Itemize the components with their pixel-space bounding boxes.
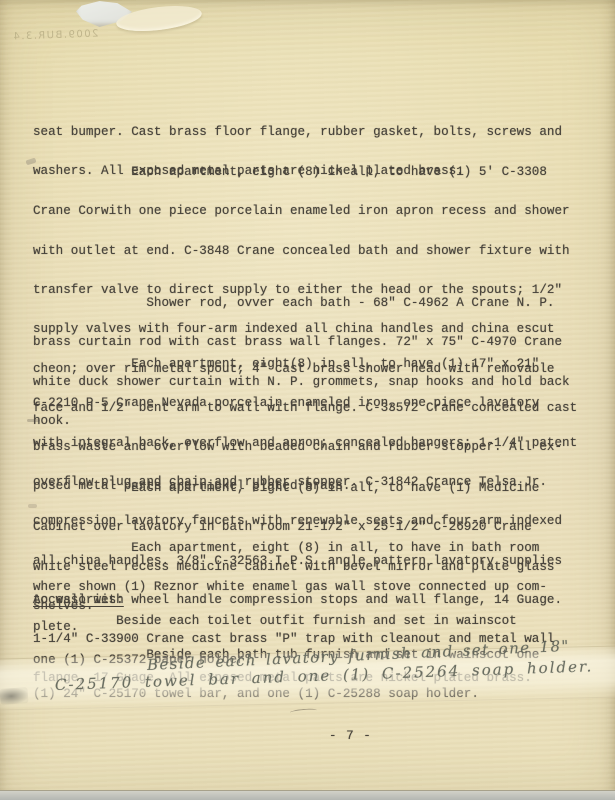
typed-line: seat bumper. Cast brass floor flange, ru… — [33, 126, 603, 139]
typed-line: Each apartment, eight (8) in all, to hav… — [33, 542, 603, 555]
typed-line: Shower rod, ovver each bath - 68" C-4962… — [33, 297, 603, 310]
typed-line: Each apartment, eight(8) in all, to have… — [33, 358, 603, 371]
typed-line: with integral back, overflow and apron; … — [33, 437, 603, 450]
page-number: - 7 - — [329, 730, 372, 743]
typed-line: Each apartment, eight (8) in all, to hav… — [33, 482, 603, 495]
scan-bottom-edge — [0, 790, 615, 800]
mirrored-pencil-accession-note: 2009.BUR.3.4 — [12, 28, 99, 42]
typed-line: Each apartment, eight (8) in all, to hav… — [33, 166, 603, 179]
typed-line: C-2210 P-5 Crane Nevada porcelain enamel… — [33, 397, 603, 410]
typed-line: Crane Corwith one piece porcelain enamel… — [33, 205, 603, 218]
typed-line: with outlet at end. C-3848 Crane conceal… — [33, 245, 603, 258]
scanned-document-page: 2009.BUR.3.4 seat bumper. Cast brass flo… — [0, 0, 615, 800]
paper-tear-crease — [115, 2, 203, 35]
